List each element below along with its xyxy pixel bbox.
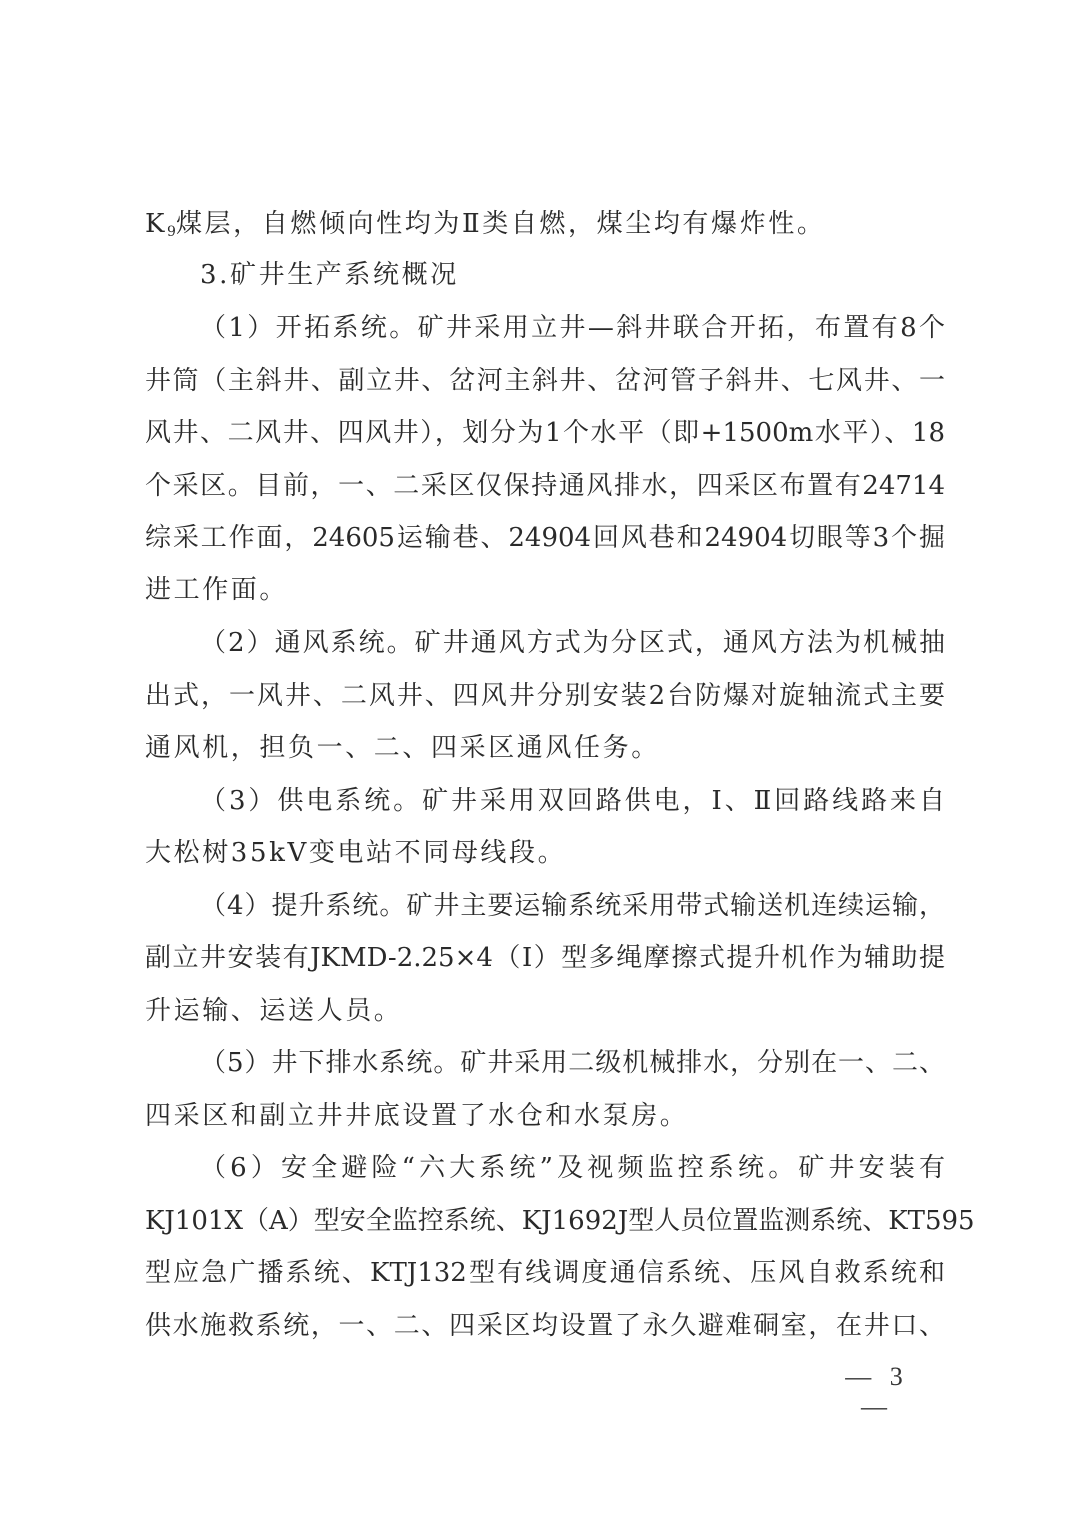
- paragraph-line: （6）安全避险“六大系统”及视频监控系统。矿井安装有: [200, 1151, 945, 1185]
- paragraph-line: 进工作面。: [145, 573, 945, 607]
- paragraph-line: （1）开拓系统。矿井采用立井—斜井联合开拓，布置有8个: [200, 311, 945, 345]
- page-number: — 3 —: [832, 1362, 922, 1422]
- paragraph-line: （4）提升系统。矿井主要运输系统采用带式输送机连续运输，: [200, 889, 945, 923]
- paragraph-line: 大松树35kV变电站不同母线段。: [145, 836, 945, 870]
- paragraph-line: 综采工作面，24605运输巷、24904回风巷和24904切眼等3个掘: [145, 521, 945, 555]
- subscript: 9: [167, 224, 176, 240]
- line-text: 煤层，自燃倾向性均为Ⅱ类自燃，煤尘均有爆炸性。: [176, 209, 825, 239]
- paragraph-line: 出式，一风井、二风井、四风井分别安装2台防爆对旋轴流式主要: [145, 679, 945, 713]
- paragraph-line: （2）通风系统。矿井通风方式为分区式，通风方法为机械抽: [200, 626, 945, 660]
- paragraph-line: 风井、二风井、四风井），划分为1个水平（即+1500m水平）、18: [145, 416, 945, 450]
- paragraph-line: 井筒（主斜井、副立井、岔河主斜井、岔河管子斜井、七风井、一: [145, 364, 945, 398]
- paragraph-line: 升运输、运送人员。: [145, 994, 945, 1028]
- coal-seam-label: K: [145, 209, 167, 239]
- paragraph-line: 型应急广播系统、KTJ132型有线调度通信系统、压风自救系统和: [145, 1256, 945, 1290]
- paragraph-line: 个采区。目前，一、二采区仅保持通风排水，四采区布置有24714: [145, 469, 945, 503]
- paragraph-line: （3）供电系统。矿井采用双回路供电，Ⅰ、Ⅱ回路线路来自: [200, 784, 945, 818]
- paragraph-line: K9煤层，自燃倾向性均为Ⅱ类自燃，煤尘均有爆炸性。: [145, 207, 945, 249]
- section-heading: 3.矿井生产系统概况: [200, 258, 945, 292]
- paragraph-line: 供水施救系统，一、二、四采区均设置了永久避难硐室，在井口、: [145, 1309, 945, 1343]
- paragraph-line: 通风机，担负一、二、四采区通风任务。: [145, 731, 945, 765]
- document-page: K9煤层，自燃倾向性均为Ⅱ类自燃，煤尘均有爆炸性。 3.矿井生产系统概况 （1）…: [0, 0, 1080, 1527]
- paragraph-line: KJ101X（A）型安全监控系统、KJ1692J型人员位置监测系统、KT595: [145, 1204, 945, 1238]
- paragraph-line: 四采区和副立井井底设置了水仓和水泵房。: [145, 1099, 945, 1133]
- paragraph-line: 副立井安装有JKMD-2.25×4（Ⅰ）型多绳摩擦式提升机作为辅助提: [145, 941, 945, 975]
- paragraph-line: （5）井下排水系统。矿井采用二级机械排水，分别在一、二、: [200, 1046, 945, 1080]
